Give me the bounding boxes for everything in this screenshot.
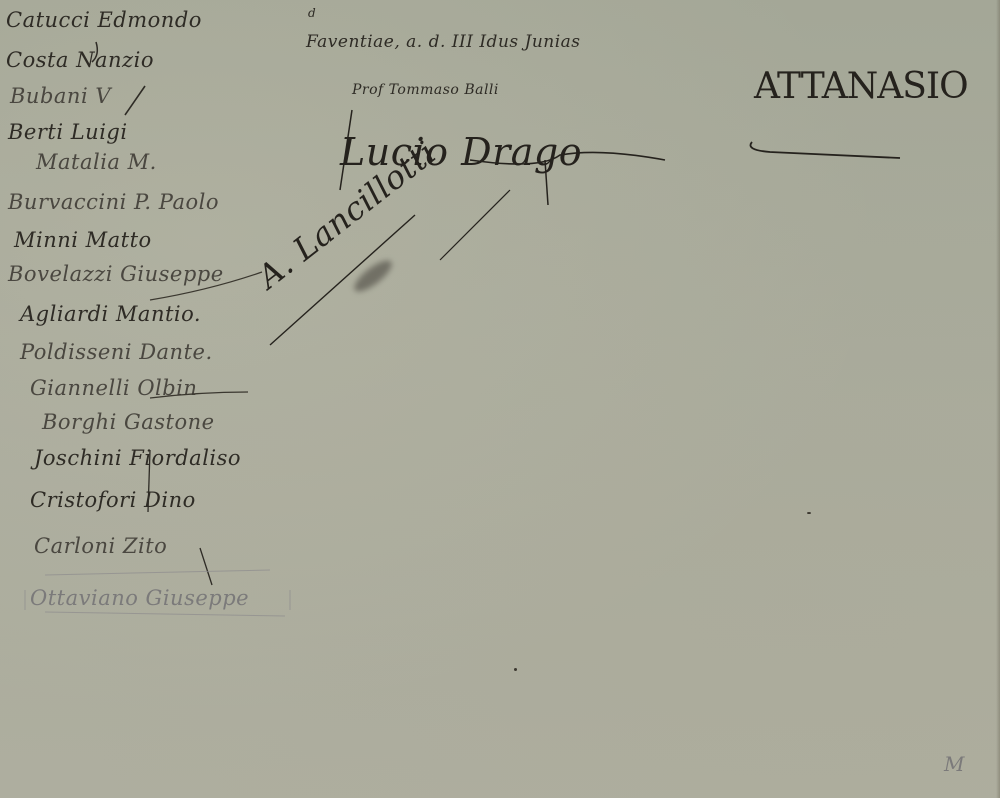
paper-speck	[514, 668, 517, 671]
pen-strokes	[0, 0, 1000, 798]
autograph-sheet: Catucci Edmondo Costa Nanzio Bubani V Be…	[0, 0, 1000, 798]
paper-speck	[807, 512, 811, 514]
